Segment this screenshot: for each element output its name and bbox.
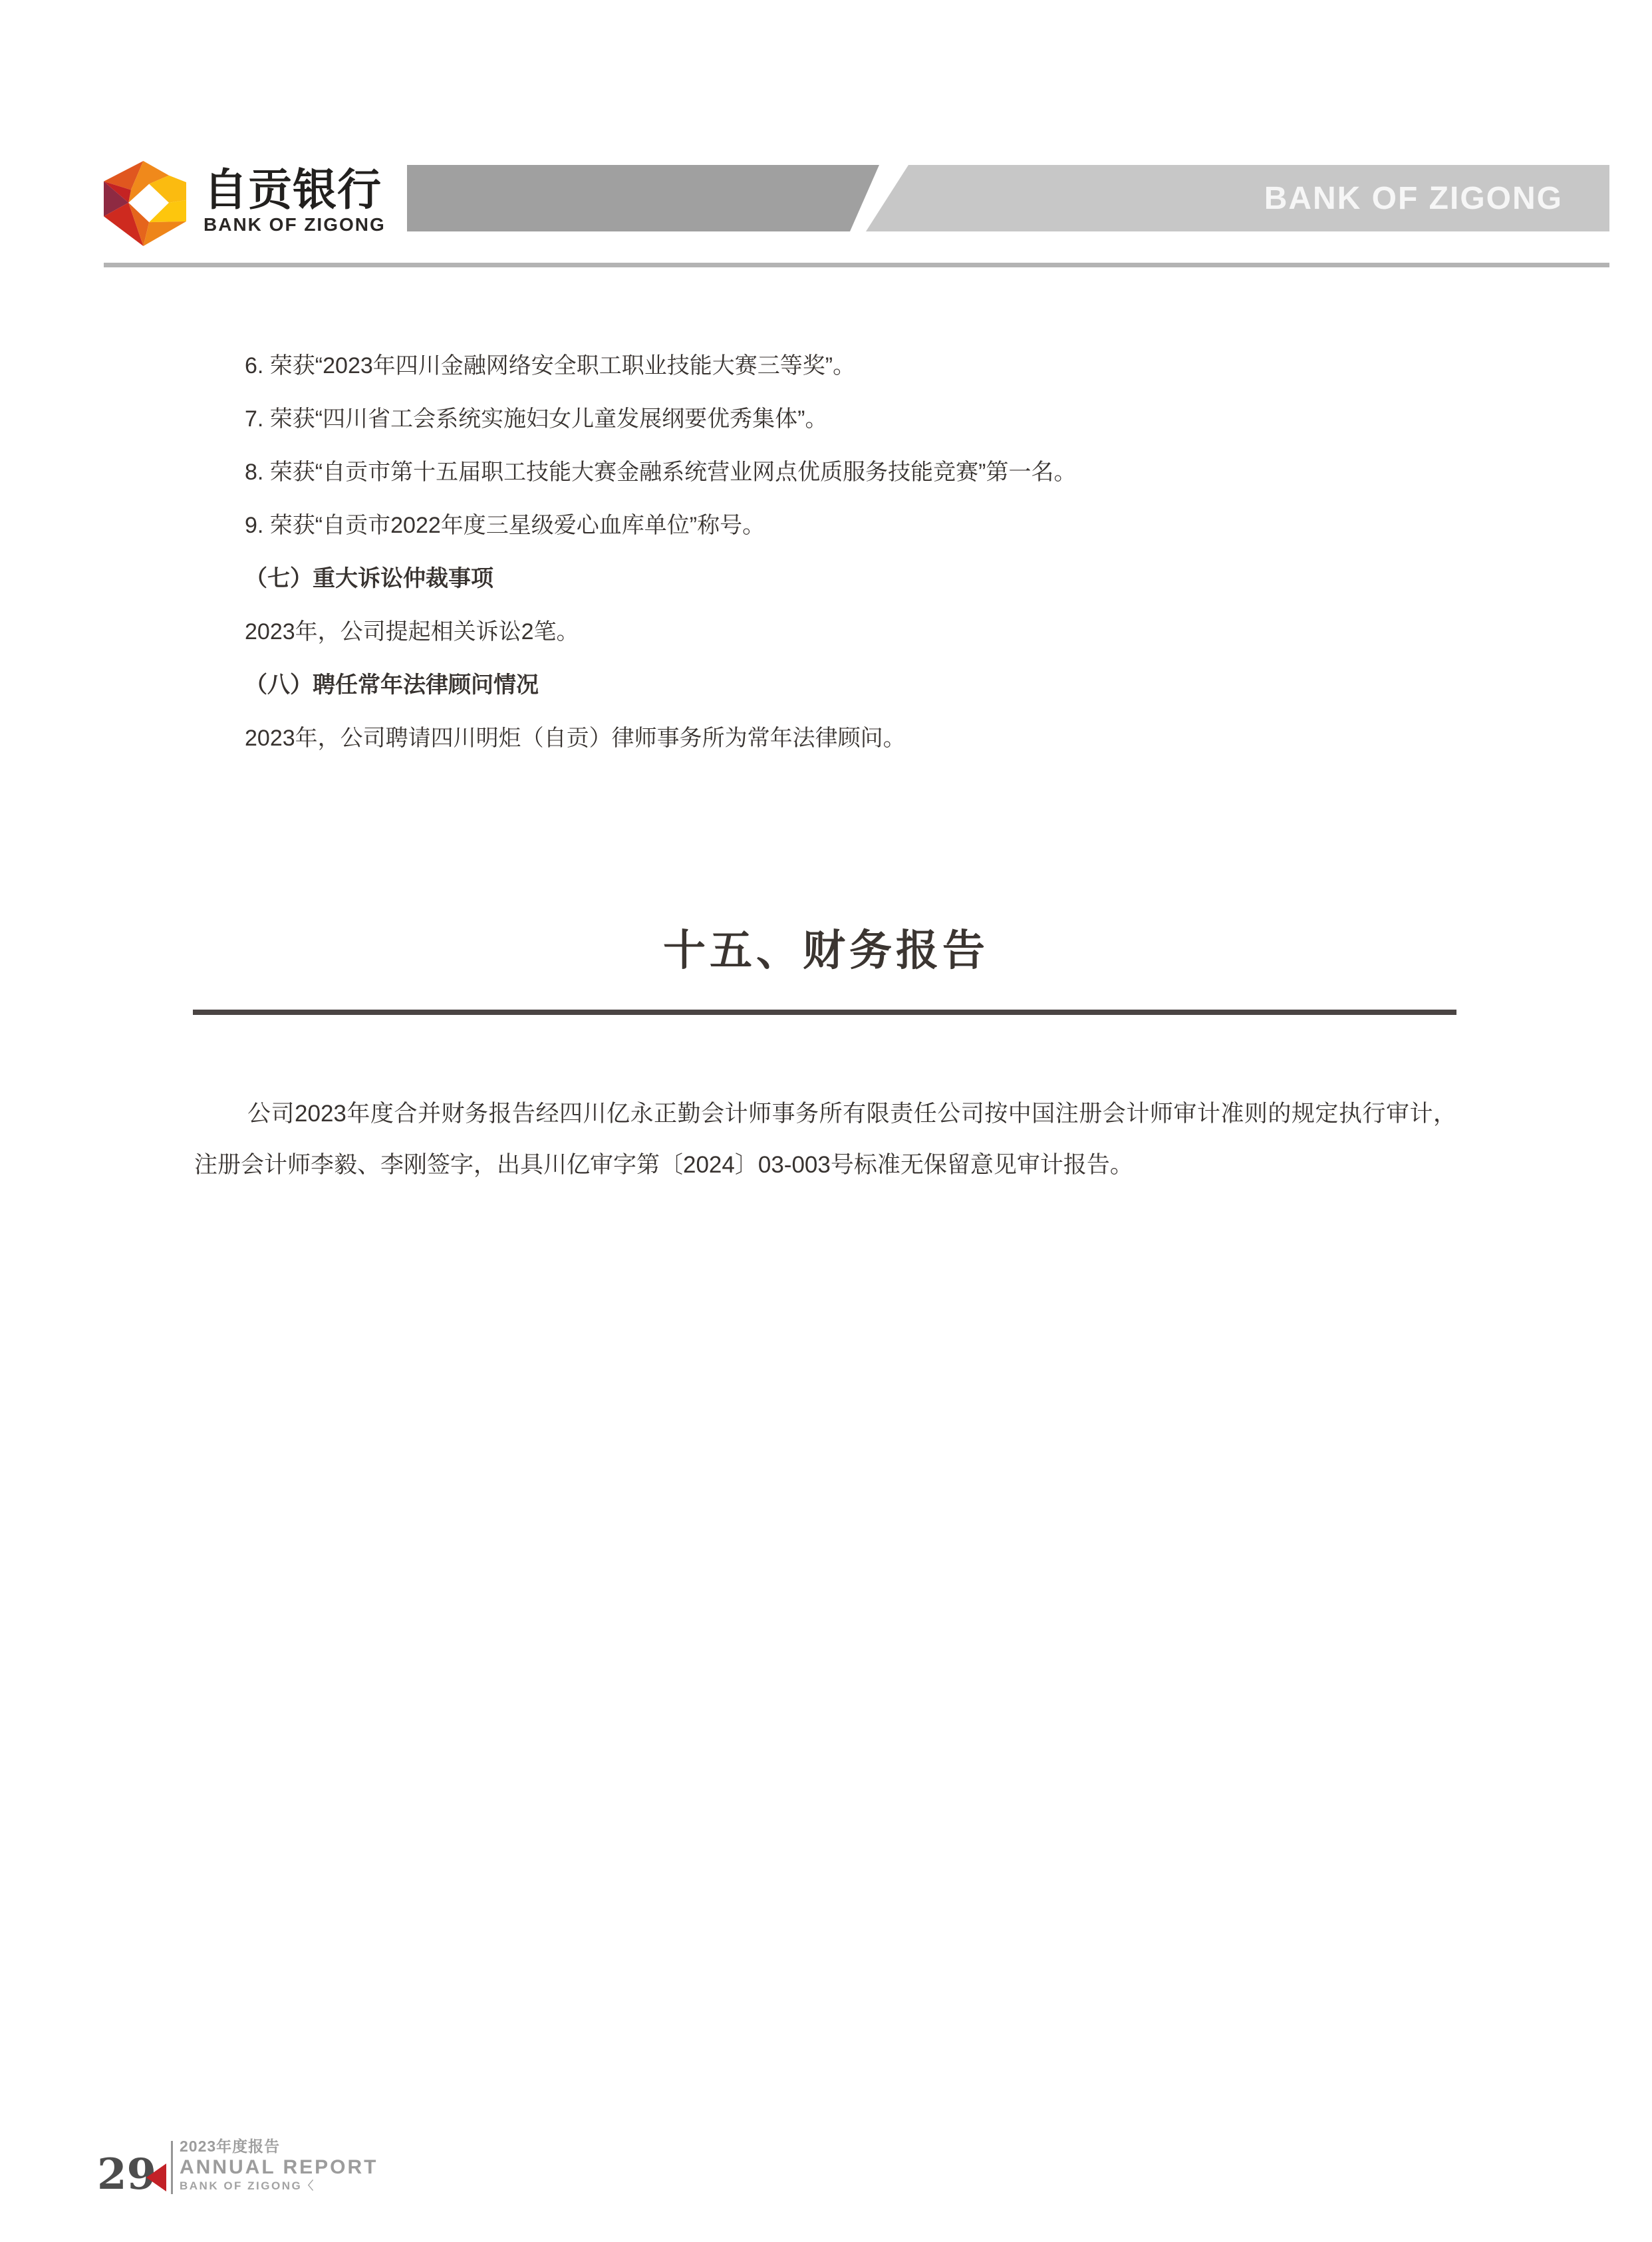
- footer-report-info: 2023年度报告 ANNUAL REPORT BANK OF ZIGONG〈: [180, 2137, 378, 2193]
- footer-bank-name-text: BANK OF ZIGONG: [180, 2179, 302, 2192]
- report-page: 自贡银行 BANK OF ZIGONG BANK OF ZIGONG 6. 荣获…: [0, 0, 1652, 2242]
- banner-dark-segment: [407, 165, 879, 231]
- heading-legal-counsel: （八）聘任常年法律顾问情况: [245, 658, 1462, 712]
- footer-divider: [171, 2141, 173, 2194]
- legal-counsel-text: 2023年，公司聘请四川明炬（自贡）律师事务所为常年法律顾问。: [245, 712, 1462, 765]
- footer-arrow-icon: [146, 2164, 166, 2191]
- footer-bank-name: BANK OF ZIGONG〈: [180, 2179, 378, 2193]
- footer-report-title-en: ANNUAL REPORT: [180, 2156, 378, 2179]
- award-item-7: 7. 荣获“四川省工会系统实施妇女儿童发展纲要优秀集体”。: [245, 392, 1462, 446]
- financial-report-paragraph: 公司2023年度合并财务报告经四川亿永正勤会计师事务所有限责任公司按中国注册会计…: [194, 1088, 1456, 1191]
- section-title-financial-report: 十五、财务报告: [0, 920, 1652, 980]
- award-and-legal-section: 6. 荣获“2023年四川金融网络安全职工职业技能大赛三等奖”。 7. 荣获“四…: [245, 339, 1462, 765]
- footer-chevron-icon: 〈: [302, 2179, 315, 2192]
- footer-report-title-cn: 2023年度报告: [180, 2137, 378, 2156]
- banner-bank-name: BANK OF ZIGONG: [1264, 181, 1563, 216]
- header-rule: [104, 263, 1609, 267]
- award-item-9: 9. 荣获“自贡市2022年度三星级爱心血库单位”称号。: [245, 499, 1462, 552]
- litigation-text: 2023年，公司提起相关诉讼2笔。: [245, 605, 1462, 658]
- award-item-6: 6. 荣获“2023年四川金融网络安全职工职业技能大赛三等奖”。: [245, 339, 1462, 392]
- award-item-8: 8. 荣获“自贡市第十五届职工技能大赛金融系统营业网点优质服务技能竞赛”第一名。: [245, 446, 1462, 499]
- heading-litigation: （七）重大诉讼仲裁事项: [245, 552, 1462, 605]
- section-title-rule: [193, 1010, 1456, 1015]
- header-banner: BANK OF ZIGONG: [0, 160, 1652, 273]
